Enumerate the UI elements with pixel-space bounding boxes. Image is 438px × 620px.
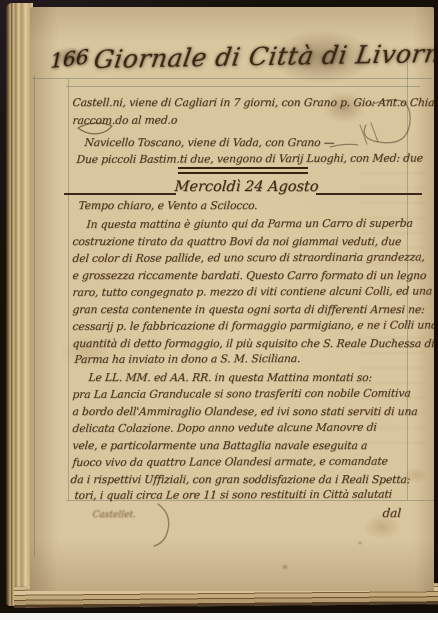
pen-flourish-overlay xyxy=(30,7,434,591)
book-page-edges-left xyxy=(6,3,33,606)
scan-border-bottom xyxy=(0,613,438,620)
manuscript-page: 166 Giornale di Città di Livorno Castell… xyxy=(30,7,434,591)
flourish-dash xyxy=(330,144,358,147)
flourish-bottom-left xyxy=(154,504,169,546)
flourish-curl-right xyxy=(364,100,410,143)
photograph-background: 166 Giornale di Città di Livorno Castell… xyxy=(0,0,438,613)
flourish-underline xyxy=(78,123,112,134)
